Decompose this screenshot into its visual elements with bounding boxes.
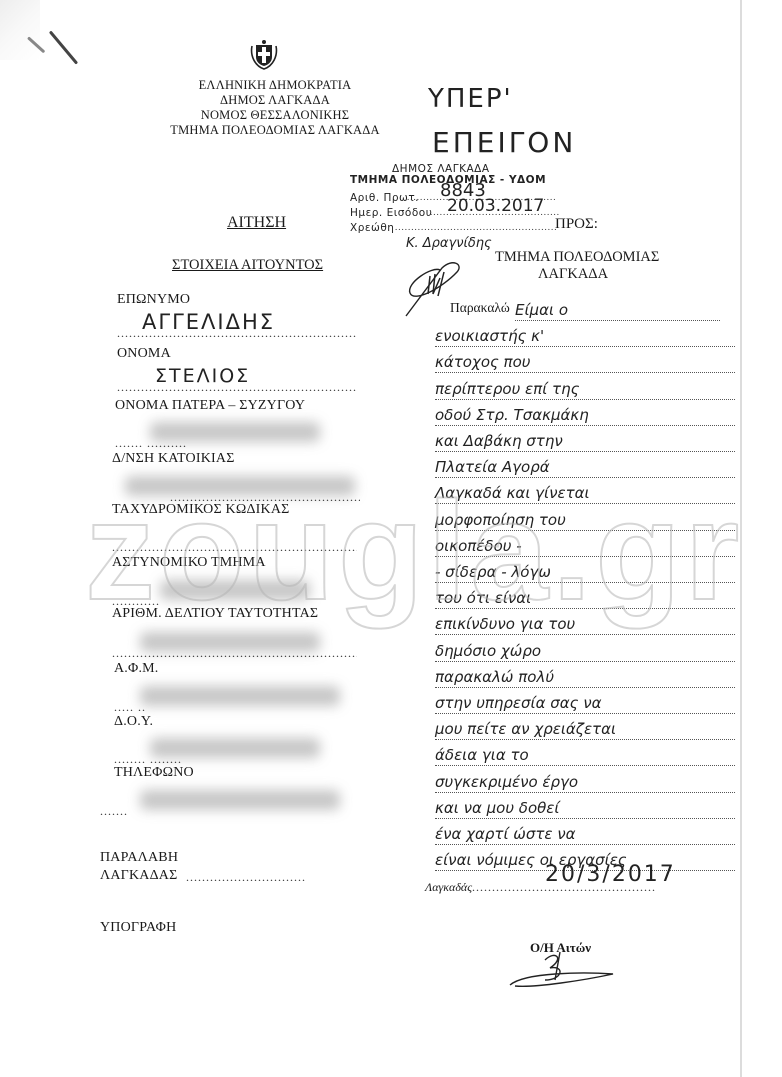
receipt-location-label: ΛΑΓΚΑΔΑΣ <box>100 868 177 884</box>
request-line: και Δαβάκη στην <box>435 429 735 452</box>
field-label-tax-number: Α.Φ.Μ. <box>114 661 159 677</box>
request-line-text: και να μου δοθεί <box>435 799 560 817</box>
request-line-text: άδεια για το <box>435 746 529 764</box>
receipt-label: ΠΑΡΑΛΑΒΗ <box>100 850 178 866</box>
field-line-tax-number: ..... .. <box>114 700 359 715</box>
field-label-surname: ΕΠΩΝΥΜΟ <box>117 292 190 308</box>
receipt-line: .............................. <box>186 870 341 885</box>
field-label-tax-office: Δ.Ο.Υ. <box>114 714 153 730</box>
request-line: και να μου δοθεί <box>435 796 735 819</box>
request-line: στην υπηρεσία σας να <box>435 691 735 714</box>
request-line-text: παρακαλώ πολύ <box>435 668 554 686</box>
field-line-name: ........................................… <box>117 380 357 395</box>
request-line: περίπτερου επί της <box>435 377 735 400</box>
request-line-text: ενοικιαστής κ' <box>435 327 544 345</box>
stamp-entry-date-label: Ημερ. Εισόδου <box>350 207 432 219</box>
request-line: Είμαι ο <box>515 298 720 321</box>
request-line: ένα χαρτί ώστε να <box>435 822 735 845</box>
to-label: ΠΡΟΣ: <box>555 216 598 233</box>
signature-label: ΥΠΟΓΡΑΦΗ <box>100 920 176 936</box>
header-department: ΤΜΗΜΑ ΠΟΛΕΟΔΟΜΙΑΣ ΛΑΓΚΑΔΑ <box>125 123 425 138</box>
request-line-text: κάτοχος που <box>435 353 530 371</box>
applicant-signature <box>505 950 615 990</box>
assignee-note: Κ. Δραγνίδης <box>406 236 492 251</box>
stamp-charge-label: Χρεώθη <box>350 222 394 234</box>
recipient-city: ΛΑΓΚΑΔΑ <box>538 266 608 283</box>
field-line-id-card-number: ........................................… <box>112 646 357 661</box>
handwritten-note-urgent-2: ΕΠΕΙΓΟΝ <box>432 126 576 159</box>
field-label-phone: ΤΗΛΕΦΩΝΟ <box>114 765 194 781</box>
field-line-phone: ....... <box>100 804 160 819</box>
form-title: ΑΙΤΗΣΗ <box>227 214 286 232</box>
staple-mark <box>49 31 78 65</box>
request-line: συγκεκριμένο έργο <box>435 770 735 793</box>
greek-coat-of-arms-icon <box>247 38 281 72</box>
request-line: μου πείτε αν χρειάζεται <box>435 717 735 740</box>
stamp-charge-dots: ........................................… <box>395 222 557 232</box>
request-line: άδεια για το <box>435 743 735 766</box>
field-line-surname: ........................................… <box>117 326 357 341</box>
header-republic: ΕΛΛΗΝΙΚΗ ΔΗΜΟΚΡΑΤΙΑ <box>130 78 420 93</box>
request-line-text: Είμαι ο <box>515 301 568 319</box>
request-line-text: συγκεκριμένο έργο <box>435 773 578 791</box>
request-line-text: και Δαβάκη στην <box>435 432 563 450</box>
field-label-address: Δ/ΝΣΗ ΚΑΤΟΙΚΙΑΣ <box>112 451 235 467</box>
request-label: Παρακαλώ <box>450 300 510 316</box>
request-line: δημόσιο χώρο <box>435 639 735 662</box>
request-line: κάτοχος που <box>435 350 735 373</box>
header-prefecture: ΝΟΜΟΣ ΘΕΣΣΑΛΟΝΙΚΗΣ <box>130 108 420 123</box>
request-line-text: μου πείτε αν χρειάζεται <box>435 720 616 738</box>
field-label-father-spouse-name: ΟΝΟΜΑ ΠΑΤΕΡΑ – ΣΥΖΥΓΟΥ <box>115 398 305 414</box>
place-label: Λαγκαδάς <box>425 880 472 895</box>
application-date: 20/3/2017 <box>545 862 676 887</box>
request-line-text: ένα χαρτί ώστε να <box>435 825 576 843</box>
watermark: zougla.gr <box>85 470 743 632</box>
scan-corner-shadow <box>0 0 40 60</box>
handwritten-note-urgent-1: ΥΠΕΡ' <box>428 84 513 114</box>
header-municipality: ΔΗΜΟΣ ΛΑΓΚΑΔΑ <box>130 93 420 108</box>
request-line: παρακαλώ πολύ <box>435 665 735 688</box>
redacted-phone <box>140 790 340 810</box>
request-line-text: δημόσιο χώρο <box>435 642 541 660</box>
field-line-father-spouse-name: ....... .......... <box>115 436 355 451</box>
request-line-text: οδού Στρ. Τσακμάκη <box>435 406 589 424</box>
section-title: ΣΤΟΙΧΕΙΑ ΑΙΤΟΥΝΤΟΣ <box>172 257 323 274</box>
request-line: ενοικιαστής κ' <box>435 324 735 347</box>
request-line-text: στην υπηρεσία σας να <box>435 694 602 712</box>
request-line: οδού Στρ. Τσακμάκη <box>435 403 735 426</box>
stamp-entry-date-value: 20.03.2017 <box>447 196 544 216</box>
recipient-department: ΤΜΗΜΑ ΠΟΛΕΟΔΟΜΙΑΣ <box>495 249 659 266</box>
request-line-text: περίπτερου επί της <box>435 380 579 398</box>
field-label-name: ΟΝΟΜΑ <box>117 346 171 362</box>
